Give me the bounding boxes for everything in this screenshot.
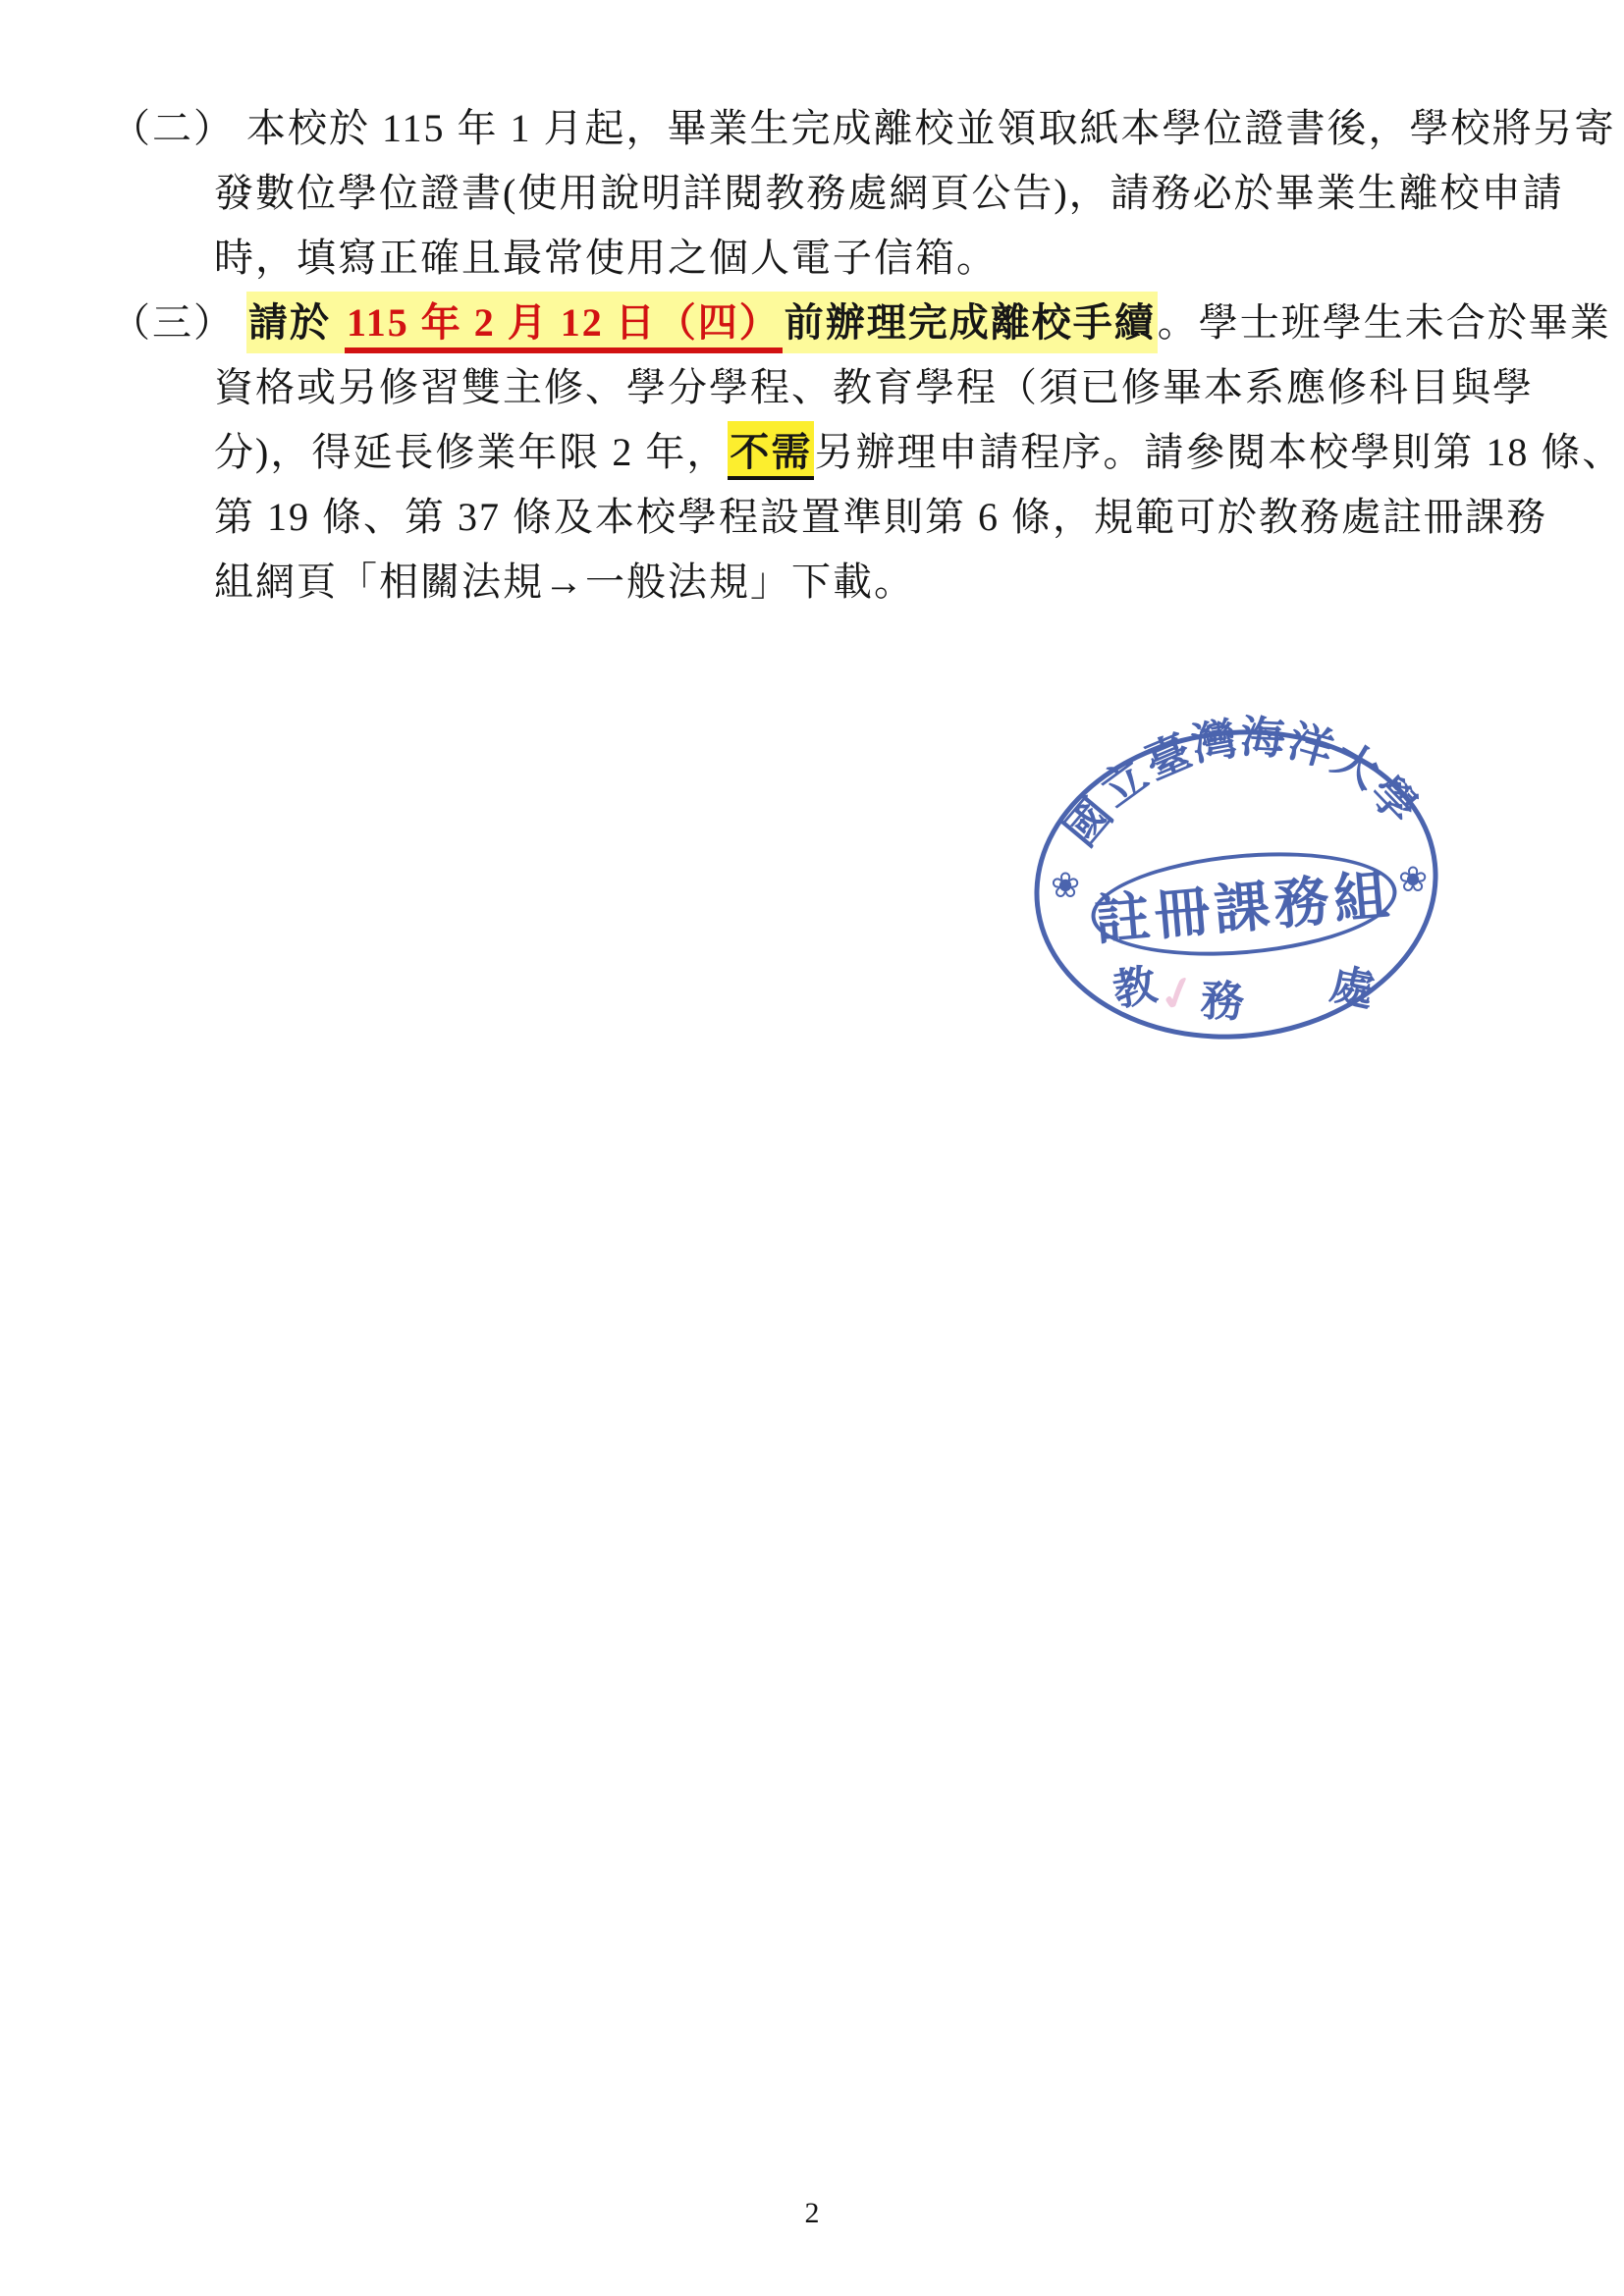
paragraph-3-line-4: 第 19 條、第 37 條及本校學程設置準則第 6 條，規範可於教務處註冊課務	[214, 492, 1547, 543]
paragraph-3-marker: （三）	[111, 300, 235, 345]
paragraph-3-line-2: 資格或另修習雙主修、學分學程、教育學程（須已修畢本系應修科目與學	[214, 362, 1534, 413]
stamp-bottom-char-1: 教	[1108, 961, 1163, 1016]
paragraph-2-line-1-text: 本校於 115 年 1 月起，畢業生完成離校並領取紙本學位證書後，學校將另寄	[246, 106, 1616, 150]
paragraph-2-marker: （二）	[111, 106, 235, 150]
deadline-phrase-prefix: 請於	[246, 292, 345, 353]
stamp-bottom-char-2: 務	[1198, 978, 1247, 1027]
paragraph-3-line-1: （三）請於 115 年 2 月 12 日（四）前辦理完成離校手續。學士班學生未合…	[111, 297, 1611, 348]
paragraph-3-line-5-text: 組網頁「相關法規→一般法規」下載。	[214, 560, 915, 604]
stamp-top-char-5: 海	[1237, 713, 1289, 765]
paragraph-3-line-4-text: 第 19 條、第 37 條及本校學程設置準則第 6 條，規範可於教務處註冊課務	[214, 495, 1547, 539]
paragraph-3-line-3-a: 分)，得延長修業年限 2 年，	[214, 430, 728, 474]
stamp-top-char-4: 灣	[1186, 714, 1243, 771]
deadline-date-red-underlined: 115 年 2 月 12 日（四）	[345, 292, 783, 353]
flower-icon: ❀	[1051, 867, 1080, 904]
deadline-phrase-suffix: 前辦理完成離校手續	[783, 292, 1158, 353]
paragraph-3-line-1-rest: 。學士班學生未合於畢業	[1158, 300, 1611, 345]
flower-icon: ❀	[1398, 861, 1428, 898]
page-number: 2	[0, 2197, 1624, 2230]
paragraph-3-line-5: 組網頁「相關法規→一般法規」下載。	[214, 557, 915, 608]
not-required-highlight: 不需	[728, 421, 814, 480]
paragraph-3-line-3: 分)，得延長修業年限 2 年，不需另辦理申請程序。請參閱本校學則第 18 條、	[214, 427, 1623, 478]
university-stamp: 國 立 臺 灣 海 洋 大 學 ❀ ❀ 註冊課務組 ✓ 教 務 處	[1021, 721, 1453, 1050]
paragraph-2-line-2-text: 發數位學位證書(使用說明詳閱教務處網頁公告)，請務必於畢業生離校申請	[214, 171, 1564, 215]
paragraph-2-line-3: 時，填寫正確且最常使用之個人電子信箱。	[214, 233, 998, 284]
paragraph-3-line-3-b: 另辦理申請程序。請參閱本校學則第 18 條、	[814, 430, 1623, 474]
paragraph-2-line-1: （二）本校於 115 年 1 月起，畢業生完成離校並領取紙本學位證書後，學校將另…	[111, 103, 1616, 154]
paragraph-2-line-3-text: 時，填寫正確且最常使用之個人電子信箱。	[214, 236, 998, 280]
scanned-document-page: （二）本校於 115 年 1 月起，畢業生完成離校並領取紙本學位證書後，學校將另…	[0, 0, 1624, 2296]
paragraph-3-line-2-text: 資格或另修習雙主修、學分學程、教育學程（須已修畢本系應修科目與學	[214, 365, 1534, 409]
paragraph-2-line-2: 發數位學位證書(使用說明詳閱教務處網頁公告)，請務必於畢業生離校申請	[214, 168, 1564, 219]
stamp-bottom-char-3: 處	[1325, 961, 1380, 1017]
